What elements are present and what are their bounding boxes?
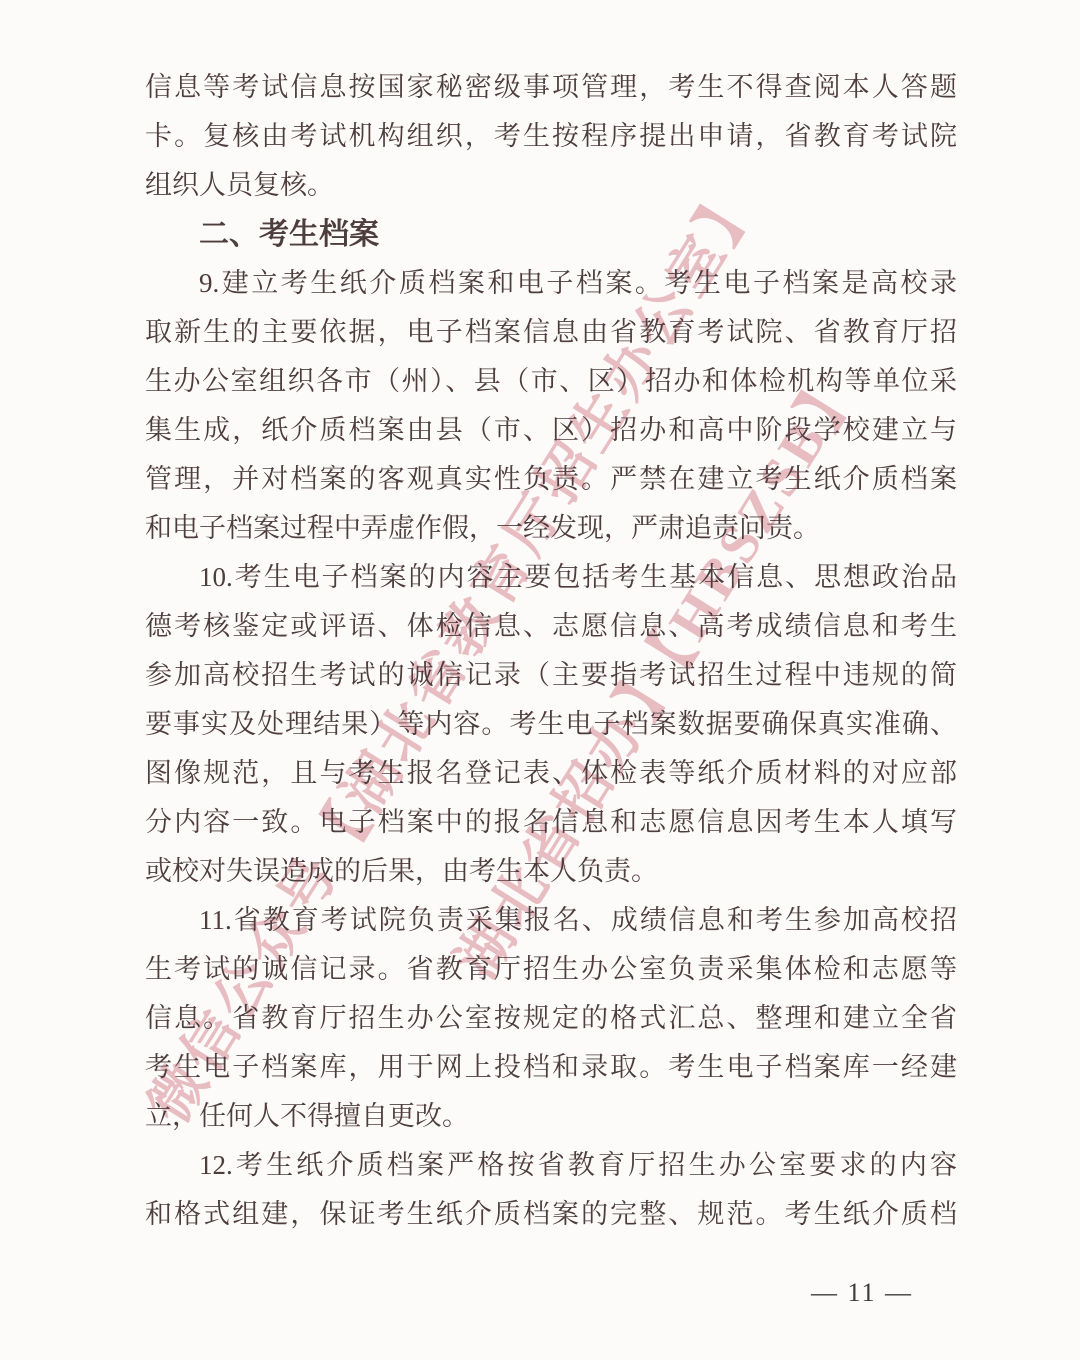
text-line: 立，任何人不得擅自更改。 [145,1092,957,1141]
text-line: 德考核鉴定或评语、体检信息、志愿信息、高考成绩信息和考生 [145,602,957,651]
text-line: 和格式组建，保证考生纸介质档案的完整、规范。考生纸介质档 [145,1190,957,1239]
text-line: 10.考生电子档案的内容主要包括考生基本信息、思想政治品 [145,553,957,602]
text-line: 和电子档案过程中弄虚作假，一经发现，严肃追责问责。 [145,504,957,553]
text-line: 集生成，纸介质档案由县（市、区）招办和高中阶段学校建立与 [145,406,957,455]
text-line: 取新生的主要依据，电子档案信息由省教育考试院、省教育厅招 [145,308,957,357]
text-line: 管理，并对档案的客观真实性负责。严禁在建立考生纸介质档案 [145,455,957,504]
text-line: 9.建立考生纸介质档案和电子档案。考生电子档案是高校录 [145,259,957,308]
document-body: 信息等考试信息按国家秘密级事项管理，考生不得查阅本人答题卡。复核由考试机构组织，… [145,63,957,1239]
text-line: 图像规范，且与考生报名登记表、体检表等纸介质材料的对应部 [145,749,957,798]
text-line: 或校对失误造成的后果，由考生本人负责。 [145,847,957,896]
text-line: 信息。省教育厅招生办公室按规定的格式汇总、整理和建立全省 [145,994,957,1043]
text-line: 12.考生纸介质档案严格按省教育厅招生办公室要求的内容 [145,1141,957,1190]
document-page: 微信公众号【湖北省教育厅招生办公室】 湖北省招办】【HBSZSB】 信息等考试信… [0,0,1080,1360]
text-line: 要事实及处理结果）等内容。考生电子档案数据要确保真实准确、 [145,700,957,749]
text-line: 分内容一致。电子档案中的报名信息和志愿信息因考生本人填写 [145,798,957,847]
text-line: 参加高校招生考试的诚信记录（主要指考试招生过程中违规的简 [145,651,957,700]
page-number: — 11 — [757,1278,967,1308]
text-line: 考生电子档案库，用于网上投档和录取。考生电子档案库一经建 [145,1043,957,1092]
text-line: 组织人员复核。 [145,161,957,210]
text-line: 生考试的诚信记录。省教育厅招生办公室负责采集体检和志愿等 [145,945,957,994]
text-line: 信息等考试信息按国家秘密级事项管理，考生不得查阅本人答题 [145,63,957,112]
section-heading: 二、考生档案 [145,210,957,259]
text-line: 卡。复核由考试机构组织，考生按程序提出申请，省教育考试院 [145,112,957,161]
text-line: 生办公室组织各市（州）、县（市、区）招办和体检机构等单位采 [145,357,957,406]
text-line: 11.省教育考试院负责采集报名、成绩信息和考生参加高校招 [145,896,957,945]
